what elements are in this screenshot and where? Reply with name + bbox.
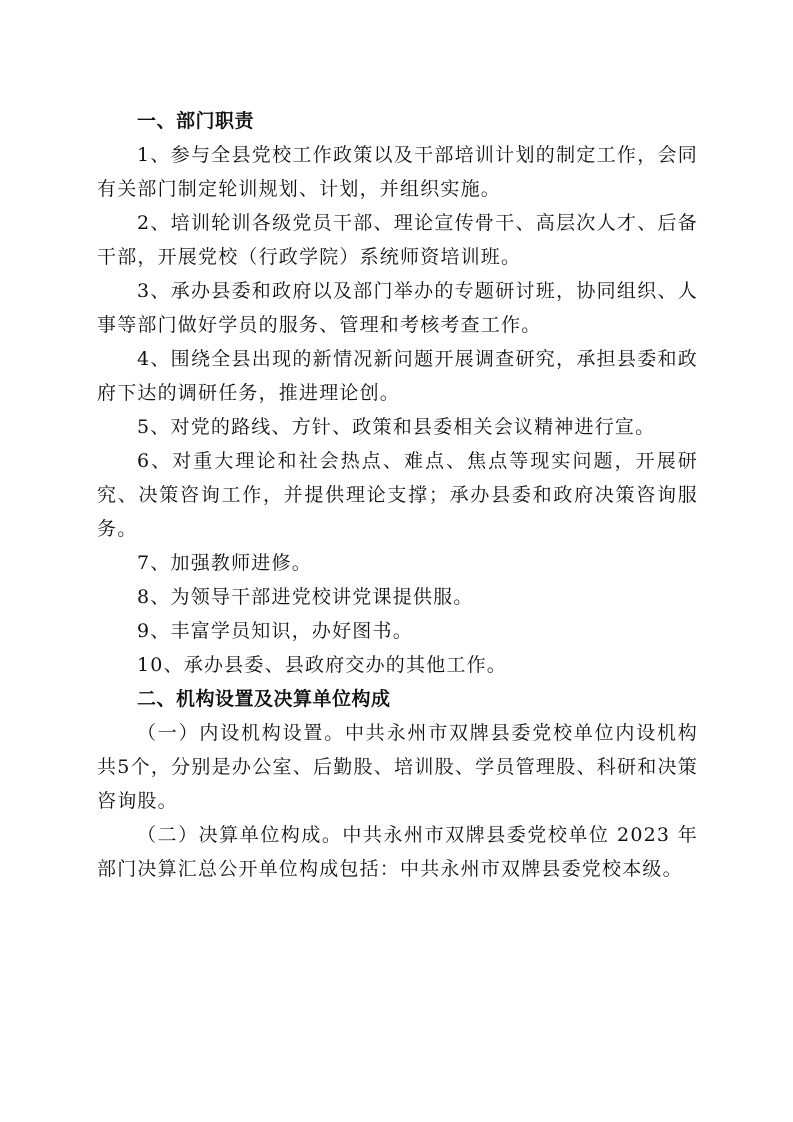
org-item-accounting-units: （二）决算单位构成。中共永州市双牌县委党校单位 2023 年部门决算汇总公开单位… <box>97 818 698 886</box>
duty-item-3: 3、承办县委和政府以及部门举办的专题研讨班，协同组织、人事等部门做好学员的服务、… <box>97 274 698 342</box>
section-heading-department-duties: 一、部门职责 <box>97 104 698 138</box>
duty-item-1: 1、参与全县党校工作政策以及干部培训计划的制定工作，会同有关部门制定轮训规划、计… <box>97 138 698 206</box>
duty-item-10: 10、承办县委、县政府交办的其他工作。 <box>97 648 698 682</box>
duty-item-9: 9、丰富学员知识，办好图书。 <box>97 614 698 648</box>
duty-item-2: 2、培训轮训各级党员干部、理论宣传骨干、高层次人才、后备干部，开展党校（行政学院… <box>97 206 698 274</box>
duty-item-6: 6、对重大理论和社会热点、难点、焦点等现实问题，开展研究、决策咨询工作，并提供理… <box>97 444 698 546</box>
duty-item-7: 7、加强教师进修。 <box>97 546 698 580</box>
duty-item-5: 5、对党的路线、方针、政策和县委相关会议精神进行宣。 <box>97 410 698 444</box>
org-item-internal-structure: （一）内设机构设置。中共永州市双牌县委党校单位内设机构共5个，分别是办公室、后勤… <box>97 716 698 818</box>
section-heading-organization: 二、机构设置及决算单位构成 <box>97 682 698 716</box>
duty-item-8: 8、为领导干部进党校讲党课提供服。 <box>97 580 698 614</box>
document-page: 一、部门职责 1、参与全县党校工作政策以及干部培训计划的制定工作，会同有关部门制… <box>97 104 698 886</box>
duty-item-4: 4、围绕全县出现的新情况新问题开展调查研究，承担县委和政府下达的调研任务，推进理… <box>97 342 698 410</box>
